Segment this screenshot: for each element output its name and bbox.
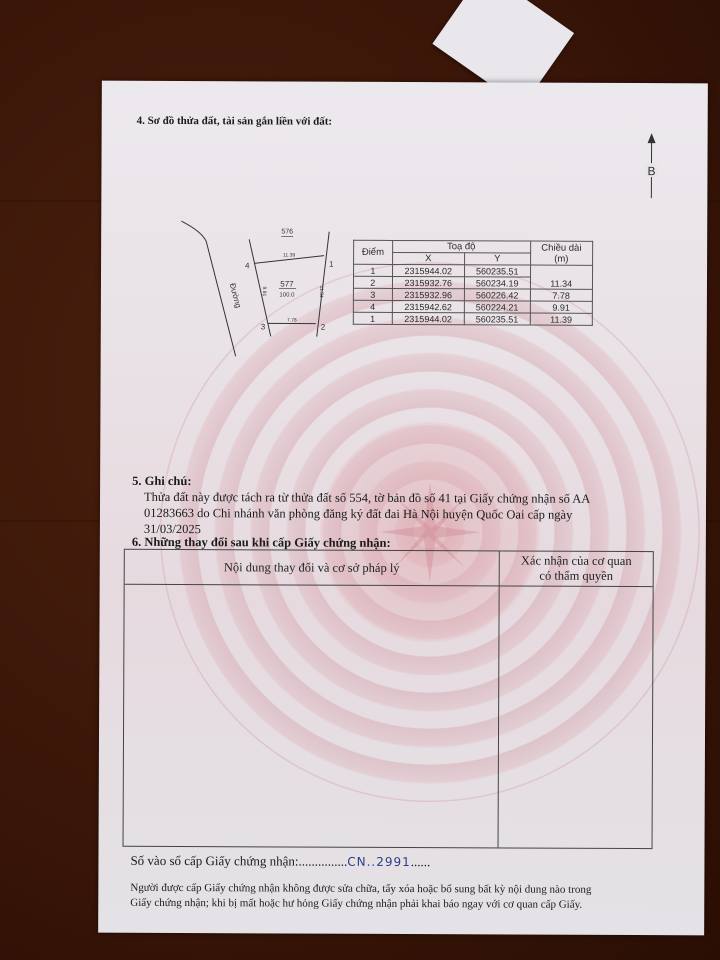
- svg-text:9.91: 9.91: [261, 287, 267, 297]
- svg-text:1: 1: [329, 260, 334, 269]
- svg-text:B: B: [647, 164, 655, 178]
- parcel-sketch: 576 577 100.0 11.39 7.78 9.91 11.34 Đườn…: [181, 211, 352, 362]
- svg-text:100.0: 100.0: [279, 292, 295, 298]
- header-x: X: [392, 252, 464, 264]
- section-5-title: 5. Ghi chú:: [132, 473, 191, 489]
- table-row: 1 2315944.02 560235.51 11.34: [354, 264, 593, 277]
- registry-number-line: Số vào sổ cấp Giấy chứng nhận:..........…: [130, 853, 430, 870]
- header-authority-confirmation: Xác nhận của cơ quan có thẩm quyền: [500, 553, 653, 586]
- svg-text:Đường: Đường: [228, 282, 243, 309]
- svg-text:577: 577: [280, 279, 294, 288]
- header-coords: Toạ độ: [392, 240, 530, 253]
- svg-text:11.34: 11.34: [318, 286, 324, 298]
- coordinate-table: Điểm Toạ độ Chiều dài(m) X Y 1 2315944.0…: [353, 240, 593, 326]
- north-arrow-icon: B: [641, 133, 661, 203]
- registry-number-handwritten: CN..2991: [347, 855, 411, 869]
- header-change-content: Nội dung thay đổi và cơ sở pháp lý: [125, 550, 499, 586]
- header-y: Y: [464, 253, 530, 265]
- section-4-title: 4. Sơ đồ thửa đất, tài sản gắn liền với …: [137, 113, 333, 130]
- svg-text:2: 2: [321, 323, 326, 332]
- land-certificate-page: 4. Sơ đồ thửa đất, tài sản gắn liền với …: [98, 81, 708, 936]
- changes-content-column: [124, 550, 500, 848]
- svg-text:7.78: 7.78: [287, 317, 297, 323]
- table-row: 1 2315944.02 560235.51 11.39: [353, 312, 592, 325]
- section-5-note: Thửa đất này được tách ra từ thửa đất số…: [144, 489, 664, 539]
- table-row: 4 2315942.62 560224.21 9.91: [353, 300, 592, 313]
- registry-label: Số vào sổ cấp Giấy chứng nhận:: [130, 853, 298, 869]
- header-point: Điểm: [354, 240, 393, 264]
- header-length: Chiều dài(m): [530, 241, 593, 265]
- note-line: 01283663 do Chi nhánh văn phòng đăng ký …: [144, 505, 664, 523]
- svg-text:3: 3: [261, 322, 266, 331]
- svg-text:11.39: 11.39: [283, 252, 295, 258]
- footer-warning: Người được cấp Giấy chứng nhận không đượ…: [130, 881, 690, 913]
- changes-table: Nội dung thay đổi và cơ sở pháp lý Xác n…: [123, 549, 654, 849]
- table-row: 3 2315932.96 560226.42 7.78: [353, 288, 592, 301]
- svg-text:4: 4: [245, 261, 250, 270]
- svg-text:576: 576: [281, 228, 293, 235]
